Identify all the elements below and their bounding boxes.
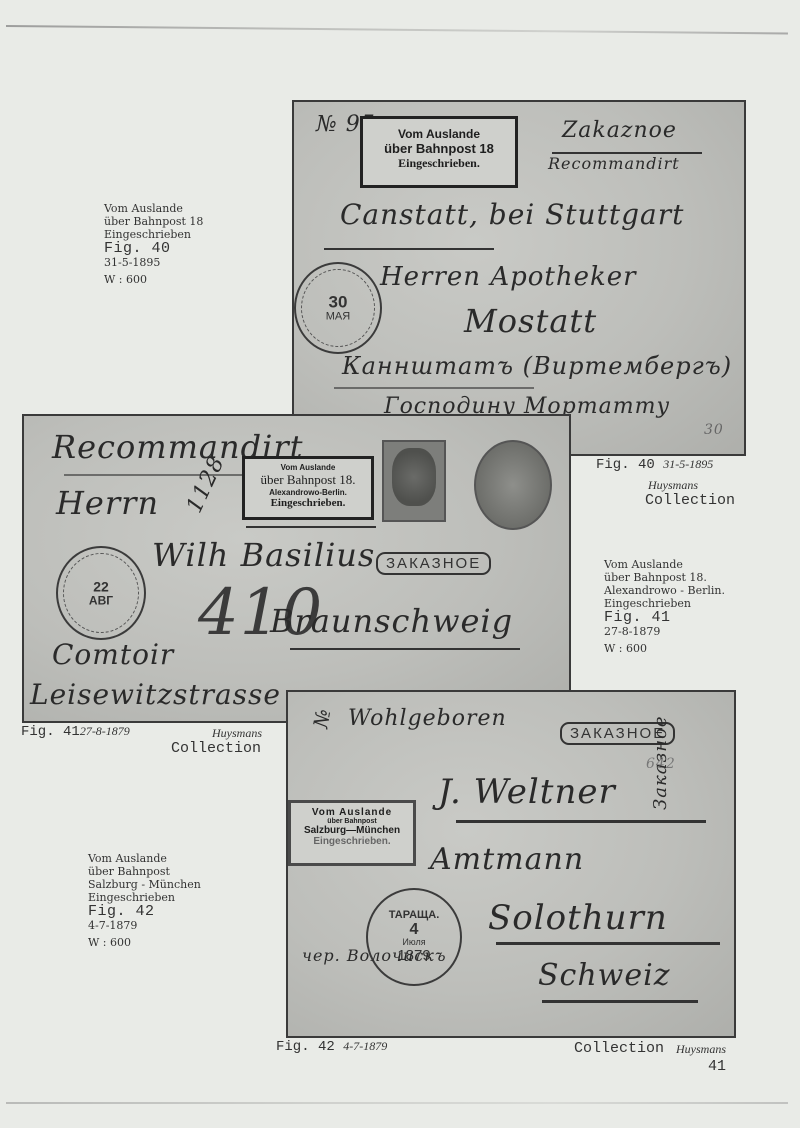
underline — [324, 248, 494, 250]
script-text: Canstatt, bei Stuttgart — [340, 198, 684, 231]
script-text: Заказное — [650, 715, 671, 810]
underline — [456, 820, 706, 823]
script-text: Каннштатъ (Виртембергъ) — [342, 352, 732, 380]
caption-weight: W : 600 — [104, 273, 203, 286]
script-text: чер. Волочискъ — [302, 946, 446, 965]
zakaznoe-registered-mark: ЗАКАЗНОЕ — [376, 552, 491, 575]
fig42-owner: Huysmans — [676, 1042, 726, 1057]
fig41-label: Fig. 4127-8-1879 — [21, 724, 130, 740]
postmark-cancel: 22 АВГ — [56, 546, 146, 640]
underline — [290, 648, 520, 650]
bahnpost-handstamp: Vom Auslande über Bahnpost 18. Alexandro… — [242, 456, 374, 520]
caption-line: Alexandrowo - Berlin. — [604, 584, 725, 597]
underline — [542, 1000, 698, 1003]
script-text: Solothurn — [488, 898, 668, 938]
caption-fig-number: Fig. 41 — [604, 610, 725, 625]
fig40-owner: Huysmans — [648, 478, 698, 493]
embossed-stamp — [474, 440, 552, 530]
caption-line: Salzburg - München — [88, 878, 201, 891]
bahnpost-handstamp: Vom Auslande über Bahnpost 18 Eingeschri… — [360, 116, 518, 188]
fig41-envelope-image: Recommandirt Vom Auslande über Bahnpost … — [22, 414, 571, 723]
postmark-cancel: ТАРАЩА. 4 Июля 1879 — [366, 888, 462, 986]
script-text: Comtoir — [52, 638, 174, 671]
fig41-owner: Huysmans — [212, 726, 262, 741]
caption-line: über Bahnpost 18. — [604, 571, 725, 584]
underline — [334, 387, 534, 389]
caption-line: über Bahnpost 18 — [104, 215, 203, 228]
fig42-label: Fig. 42 4-7-1879 — [276, 1039, 387, 1055]
caption-line: Vom Auslande — [104, 202, 203, 215]
fig40-collection: Collection — [645, 492, 735, 509]
caption-line: über Bahnpost — [88, 865, 201, 878]
caption-date: 31-5-1895 — [104, 256, 203, 269]
script-text: Braunschweig — [270, 602, 513, 640]
caption-line: Vom Auslande — [88, 852, 201, 865]
caption-date: 27-8-1879 — [604, 625, 725, 638]
script-text: J. Weltner — [438, 772, 616, 812]
underline — [246, 526, 376, 528]
postage-stamp — [382, 440, 446, 522]
script-text: Zakaznoe — [562, 118, 677, 143]
page-number: 41 — [708, 1058, 726, 1075]
fig42-envelope-image: № Wohlgeboren ЗАКАЗНОЕ 642 Заказное Vom … — [286, 690, 736, 1038]
underline — [496, 942, 720, 945]
fig41-caption: Vom Auslande über Bahnpost 18. Alexandro… — [604, 558, 725, 655]
script-text: Schweiz — [538, 958, 671, 993]
fig42-collection: Collection — [574, 1040, 664, 1057]
script-text: № — [308, 706, 335, 730]
caption-date: 4-7-1879 — [88, 919, 201, 932]
caption-line: Vom Auslande — [604, 558, 725, 571]
caption-weight: W : 600 — [604, 642, 725, 655]
bottom-scan-rule — [6, 1102, 788, 1104]
script-text: Herrn — [56, 484, 159, 522]
script-text: Amtmann — [430, 842, 584, 877]
script-text: Herren Apotheker — [380, 262, 637, 292]
fig40-envelope-image: № 95 Vom Auslande über Bahnpost 18 Einge… — [292, 100, 746, 456]
script-text: Leisewitzstrasse — [30, 678, 281, 711]
caption-fig-number: Fig. 40 — [104, 241, 203, 256]
script-text: Mostatt — [464, 302, 597, 340]
postmark-cancel: 30 МАЯ — [294, 262, 382, 354]
fig41-collection: Collection — [171, 740, 261, 757]
script-text: Recommandirt — [548, 154, 680, 173]
top-scan-rule — [6, 25, 788, 35]
caption-weight: W : 600 — [88, 936, 201, 949]
underline — [64, 474, 264, 476]
fig42-caption: Vom Auslande über Bahnpost Salzburg - Mü… — [88, 852, 201, 949]
bahnpost-handstamp: Vom Auslande über Bahnpost Salzburg—Münc… — [288, 800, 416, 866]
script-text: Wohlgeboren — [348, 706, 507, 731]
caption-fig-number: Fig. 42 — [88, 904, 201, 919]
fig40-label: Fig. 40 31-5-1895 — [596, 457, 713, 473]
script-text: Wilh Basilius — [152, 536, 375, 574]
script-text: 30 — [704, 422, 724, 438]
fig40-caption: Vom Auslande über Bahnpost 18 Eingeschri… — [104, 202, 203, 286]
